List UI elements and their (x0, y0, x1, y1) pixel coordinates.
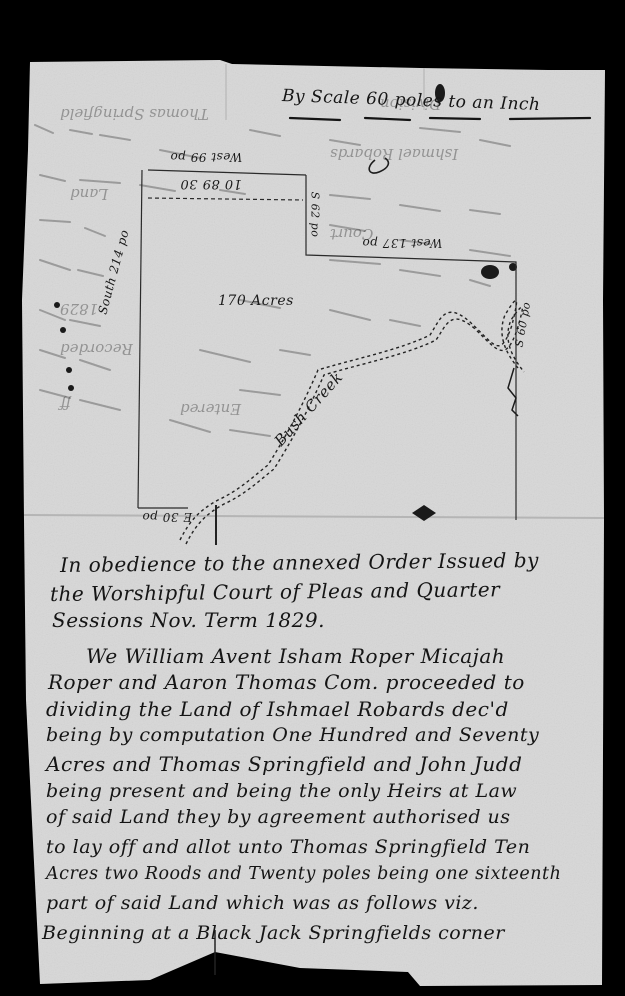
verso-text: Recorded (60, 340, 133, 358)
body-line: Acres two Roods and Twenty poles being o… (46, 864, 561, 884)
body-line: to lay off and allot unto Thomas Springf… (46, 836, 530, 858)
body-line: Beginning at a Black Jack Springfields c… (42, 922, 505, 944)
verso-text: Land (70, 185, 108, 203)
body-line: In obedience to the annexed Order Issued… (60, 548, 539, 577)
verso-text: Entered (180, 400, 241, 418)
verso-text: ff (60, 395, 71, 413)
body-line: the Worshipful Court of Pleas and Quarte… (50, 577, 500, 606)
body-line: Sessions Nov. Term 1829. (52, 608, 325, 632)
body-line: Roper and Aaron Thomas Com. proceeded to (48, 670, 525, 694)
plat-label-north-right: West 137 po (362, 236, 442, 250)
document-page: Division Thomas Springfield Ishmael Roba… (0, 0, 625, 996)
plat-label-top-inner: 10 89 30 (180, 176, 242, 191)
body-line: Acres and Thomas Springfield and John Ju… (46, 752, 522, 776)
plat-label-west-top: West 99 po (170, 150, 242, 164)
body-line: being present and being the only Heirs a… (46, 780, 517, 802)
body-line: We William Avent Isham Roper Micajah (86, 644, 505, 668)
body-line: part of said Land which was as follows v… (46, 892, 479, 914)
verso-text: Thomas Springfield (60, 105, 209, 123)
plat-label-acres: 170 Acres (218, 293, 294, 309)
body-line: of said Land they by agreement authorise… (46, 806, 511, 828)
body-line: dividing the Land of Ishmael Robards dec… (46, 697, 509, 721)
plat-label-east-short: S 62 po (308, 192, 321, 238)
verso-text: 1829 (60, 300, 98, 318)
body-line: being by computation One Hundred and Sev… (46, 724, 539, 746)
verso-text: Ishmael Robards (330, 145, 458, 163)
plat-label-bottom-left: E 30 po (142, 510, 192, 524)
